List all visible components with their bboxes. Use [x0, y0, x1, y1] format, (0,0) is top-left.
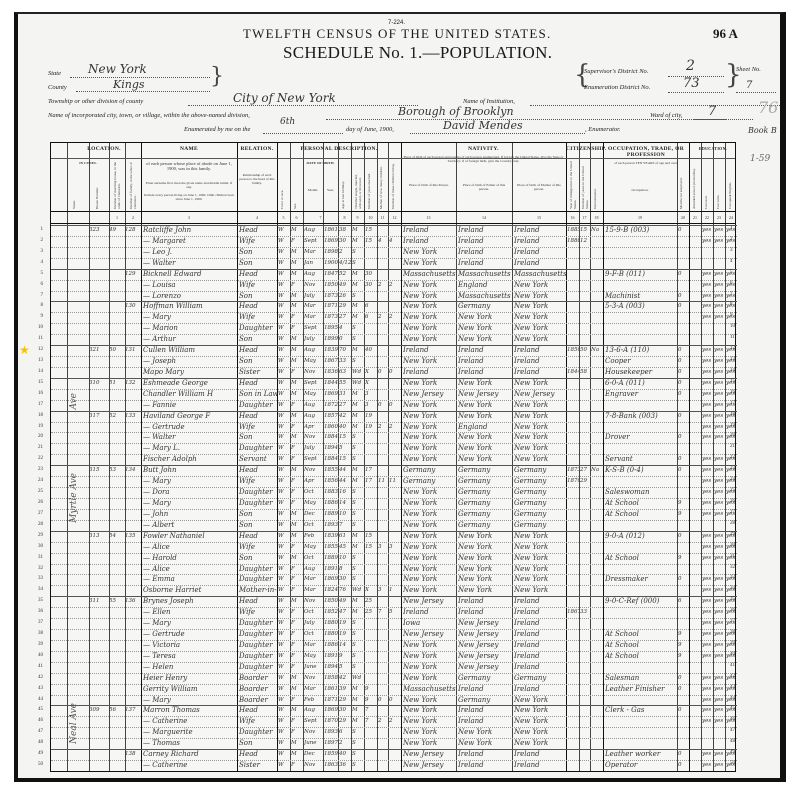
cell-dw: 49: [109, 225, 125, 236]
years-married-header: Number of years married.: [367, 161, 371, 209]
cell-color: W: [278, 629, 290, 640]
cell-bm: Ireland: [514, 345, 566, 356]
cell-month: Aug: [304, 564, 323, 575]
cell-name: Brynes Joseph: [143, 596, 237, 607]
cell-mar: M: [352, 531, 364, 542]
cell-age: 19: [339, 629, 351, 640]
cell-imm: [567, 323, 579, 334]
right-row-number: 41: [730, 663, 735, 668]
cell-read: [702, 727, 713, 738]
age-header: Age at last birthday.: [341, 161, 345, 209]
cell-imm: [567, 574, 579, 585]
cell-mc: [378, 684, 388, 695]
cell-write: yes: [714, 585, 725, 596]
cell-cl: 0: [389, 695, 401, 706]
cell-bm: New Jersey: [514, 389, 566, 400]
cell-cl: [389, 749, 401, 760]
cell-dw: [109, 585, 125, 596]
cell-name: — Victoria: [143, 640, 237, 651]
cell-mar: M: [352, 236, 364, 247]
cell-rel: Son in Law: [239, 389, 277, 400]
cell-cl: 2: [389, 312, 401, 323]
cell-rel: Son: [239, 291, 277, 302]
cell-mne: 0: [678, 269, 689, 280]
cell-yrs: [580, 749, 590, 760]
cell-mne: 9: [678, 629, 689, 640]
cell-month: Sept: [304, 716, 323, 727]
cell-yrs: [580, 531, 590, 542]
supervisor-label: Supervisor's District No.: [584, 68, 648, 75]
cell-house: [89, 334, 109, 345]
cell-nat: [591, 443, 603, 454]
table-row: 20— WalterSonWMNov188415SNew YorkNew Yor…: [51, 432, 737, 443]
cell-mar: S: [352, 291, 364, 302]
cell-year: 1856: [324, 476, 338, 487]
dwelling-header: Number of dwelling house, in the order o…: [113, 161, 121, 209]
schedule-title: SCHEDULE No. 1.—POPULATION.: [283, 43, 552, 63]
cell-sex: M: [291, 531, 303, 542]
cell-year: 1889: [324, 509, 338, 520]
cell-bf: Ireland: [458, 236, 512, 247]
cell-rel: Head: [239, 749, 277, 760]
cell-age: 38: [339, 225, 351, 236]
cell-occ: [605, 695, 677, 706]
cell-name: — Mary: [143, 695, 237, 706]
cell-year: 1891: [324, 564, 338, 575]
census-sheet: 7-224. TWELFTH CENSUS OF THE UNITED STAT…: [14, 12, 786, 782]
cell-bm: New York: [514, 738, 566, 749]
cell-year: 1836: [324, 367, 338, 378]
cell-color: W: [278, 651, 290, 662]
cell-cl: [389, 684, 401, 695]
cell-bf: New York: [458, 727, 512, 738]
cell-write: yes: [714, 487, 725, 498]
cell-read: yes: [702, 422, 713, 433]
cell-year: 1859: [324, 749, 338, 760]
cell-age: 29: [339, 695, 351, 706]
cell-bp: New Jersey: [403, 760, 456, 771]
cell-mc: 11: [378, 476, 388, 487]
cell-ym: [365, 574, 377, 585]
cell-bm: New York: [514, 378, 566, 389]
cell-nat: [591, 476, 603, 487]
cell-imm: [567, 280, 579, 291]
cell-bp: New York: [403, 280, 456, 291]
cell-mc: [378, 574, 388, 585]
table-row: 50— CatherineSisterWFNov186336SNew Jerse…: [51, 760, 737, 771]
cell-house: [89, 247, 109, 258]
cell-bm: Massachusetts: [514, 269, 566, 280]
cell-mc: [378, 443, 388, 454]
cell-house: [89, 400, 109, 411]
cell-yrs: [580, 334, 590, 345]
cell-bf: New York: [458, 564, 512, 575]
cell-mne: [678, 585, 689, 596]
cell-month: Oct: [304, 520, 323, 531]
cell-bm: New York: [514, 432, 566, 443]
margin-note-ave: Ave: [69, 393, 79, 410]
cell-age: 8: [339, 564, 351, 575]
cell-mar: S: [352, 760, 364, 771]
cell-write: [714, 258, 725, 269]
cell-mne: [678, 476, 689, 487]
cell-mne: [678, 542, 689, 553]
cell-yrs: [580, 662, 590, 673]
cell-nat: [591, 280, 603, 291]
table-row: 47— MargueriteDaughterWFNov18936SNew Yor…: [51, 727, 737, 738]
right-row-number: 36: [730, 608, 735, 613]
cell-read: [702, 334, 713, 345]
cell-house: [89, 585, 109, 596]
row-number: 35: [29, 598, 43, 603]
cell-imm: [567, 291, 579, 302]
cell-mc: [378, 509, 388, 520]
row-number: 6: [29, 282, 43, 287]
cell-bm: Germany: [514, 487, 566, 498]
cell-bp: New York: [403, 334, 456, 345]
table-row: 41— HelenDaughterWFJune18945SNew YorkNew…: [51, 662, 737, 673]
cell-cl: [389, 432, 401, 443]
cell-nat: [591, 400, 603, 411]
cell-write: yes: [714, 280, 725, 291]
cell-fam: 137: [125, 705, 141, 716]
cell-bf: New Jersey: [458, 629, 512, 640]
cell-color: W: [278, 760, 290, 771]
cell-write: yes: [714, 432, 725, 443]
cell-fam: [125, 738, 141, 749]
cell-ym: [365, 553, 377, 564]
cell-yrs: [580, 596, 590, 607]
table-row: 4530956137Marron ThomasHeadWMAug186930M7…: [51, 705, 737, 716]
cell-house: [89, 389, 109, 400]
table-row: 12★32150131Cullen WilliamHeadWMAug183970…: [51, 345, 737, 356]
cell-fam: 131: [125, 345, 141, 356]
cell-ym: [365, 662, 377, 673]
cell-bm: New York: [514, 553, 566, 564]
cell-fam: [125, 673, 141, 684]
cell-mne: [678, 727, 689, 738]
cell-bf: New York: [458, 454, 512, 465]
cell-imm: [567, 356, 579, 367]
cell-fam: [125, 454, 141, 465]
margin-stamp: 76: [758, 98, 778, 117]
cell-age: 26: [339, 291, 351, 302]
enumeration-line: [668, 92, 724, 93]
cell-year: 1857: [324, 411, 338, 422]
cell-imm: [567, 760, 579, 771]
row-number: 17: [29, 402, 43, 407]
cell-ym: [365, 760, 377, 771]
cell-house: [89, 727, 109, 738]
right-row-number: 48: [730, 739, 735, 744]
cell-occ: Housekeeper: [605, 367, 677, 378]
cell-age: 42: [339, 673, 351, 684]
cell-ym: [365, 640, 377, 651]
right-row-number: 9: [730, 313, 733, 318]
cell-yrs: [580, 705, 590, 716]
cell-sex: F: [291, 662, 303, 673]
cell-year: 1839: [324, 345, 338, 356]
cell-occ: [605, 323, 677, 334]
table-row: 42Heier HenryBoarderWMNov185842WdNew Yor…: [51, 673, 737, 684]
cell-color: W: [278, 400, 290, 411]
cell-rel: Sister: [239, 367, 277, 378]
cell-sex: F: [291, 629, 303, 640]
group-relation: RELATION.: [237, 146, 277, 152]
cell-age: 9: [339, 651, 351, 662]
cell-color: W: [278, 564, 290, 575]
cell-month: Sept: [304, 378, 323, 389]
cell-rel: Son: [239, 432, 277, 443]
cell-month: July: [304, 334, 323, 345]
cell-house: [89, 323, 109, 334]
cell-mc: 4: [378, 236, 388, 247]
cell-rel: Head: [239, 345, 277, 356]
cell-house: [89, 695, 109, 706]
group-location: LOCATION.: [67, 146, 141, 152]
cell-write: yes: [714, 269, 725, 280]
row-number: 18: [29, 413, 43, 418]
immigration-header: Year of immigration to the United States…: [569, 159, 577, 209]
cell-read: yes: [702, 749, 713, 760]
cell-rel: Son: [239, 356, 277, 367]
cell-house: [89, 443, 109, 454]
cell-sex: M: [291, 520, 303, 531]
table-row: 33— EmmaDaughterWFMar186930SNew YorkNew …: [51, 574, 737, 585]
cell-nat: Na: [591, 225, 603, 236]
cell-dw: [109, 236, 125, 247]
cell-mc: [378, 596, 388, 607]
cell-nat: [591, 269, 603, 280]
cell-month: Apr: [304, 422, 323, 433]
cell-occ: Engraver: [605, 389, 677, 400]
enumerated-suffix: day of June, 1900,: [346, 126, 394, 133]
cell-mar: S: [352, 356, 364, 367]
cell-dw: [109, 520, 125, 531]
cell-bf: Ireland: [458, 705, 512, 716]
cell-bf: Ireland: [458, 345, 512, 356]
cell-nat: [591, 520, 603, 531]
cell-bp: Ireland: [403, 607, 456, 618]
cell-bf: New Jersey: [458, 651, 512, 662]
cell-bf: Massachusetts: [458, 291, 512, 302]
cell-mar: S: [352, 454, 364, 465]
cell-house: [89, 356, 109, 367]
cell-bf: New York: [458, 443, 512, 454]
cell-imm: [567, 531, 579, 542]
cell-dw: [109, 564, 125, 575]
cell-yrs: [580, 356, 590, 367]
right-row-number: 45: [730, 706, 735, 711]
township-line: [188, 105, 418, 106]
table-row: 13— JosephSonWMMay186733SNew YorkIreland…: [51, 356, 737, 367]
table-row: 48— ThomasSonWMJune18972SNew YorkNew Yor…: [51, 738, 737, 749]
cell-ym: [365, 487, 377, 498]
cell-occ: 15-9-B (003): [605, 225, 677, 236]
cell-yrs: 29: [580, 476, 590, 487]
cell-read: yes: [702, 640, 713, 651]
cell-bp: New York: [403, 487, 456, 498]
cell-age: 2: [339, 738, 351, 749]
cell-ym: [365, 673, 377, 684]
cell-name: — Mary: [143, 618, 237, 629]
cell-sex: F: [291, 498, 303, 509]
cell-year: 1897: [324, 738, 338, 749]
right-row-number: 35: [730, 597, 735, 602]
cell-color: W: [278, 389, 290, 400]
county-label: County: [48, 84, 67, 91]
cell-mc: [378, 389, 388, 400]
right-row-number: 12: [730, 346, 735, 351]
cell-imm: [567, 400, 579, 411]
group-citizenship: CITIZENSHIP.: [566, 146, 603, 152]
cell-house: [89, 662, 109, 673]
cell-mc: [378, 705, 388, 716]
cell-sex: F: [291, 422, 303, 433]
cell-nat: [591, 596, 603, 607]
right-row-number: 27: [730, 510, 735, 515]
cell-nat: [591, 291, 603, 302]
table-row: 30— AliceWifeWFMay185545M1533New YorkNew…: [51, 542, 737, 553]
cell-occ: Servant: [605, 454, 677, 465]
cell-yrs: [580, 673, 590, 684]
cell-cl: [389, 301, 401, 312]
cell-name: — Margaret: [143, 236, 237, 247]
table-row: 26— MaryDaughterWFMay188614SNew YorkGerm…: [51, 498, 737, 509]
cell-dw: [109, 487, 125, 498]
cell-bm: New York: [514, 400, 566, 411]
cell-mc: [378, 749, 388, 760]
cell-ym: 25: [365, 596, 377, 607]
cell-rel: Daughter: [239, 400, 277, 411]
cell-house: [89, 291, 109, 302]
cell-house: [89, 422, 109, 433]
cell-bp: New Jersey: [403, 596, 456, 607]
cell-color: W: [278, 716, 290, 727]
cell-dw: [109, 629, 125, 640]
cell-sex: F: [291, 542, 303, 553]
cell-dw: [109, 247, 125, 258]
cell-name: — Marguerite: [143, 727, 237, 738]
cell-color: W: [278, 236, 290, 247]
cell-nat: [591, 454, 603, 465]
cell-ym: 9: [365, 684, 377, 695]
cell-sex: M: [291, 411, 303, 422]
cell-dw: [109, 280, 125, 291]
cell-mc: [378, 738, 388, 749]
cell-mne: 0: [678, 760, 689, 771]
cell-write: yes: [714, 301, 725, 312]
cell-write: [714, 323, 725, 334]
cell-bf: New York: [458, 542, 512, 553]
cell-year: 1861: [324, 225, 338, 236]
cell-house: [89, 738, 109, 749]
cell-bm: Ireland: [514, 356, 566, 367]
cell-fam: [125, 695, 141, 706]
cell-nat: [591, 695, 603, 706]
cell-nat: [591, 367, 603, 378]
cell-bm: Ireland: [514, 236, 566, 247]
cell-bf: Germany: [458, 465, 512, 476]
cell-ym: 17: [365, 476, 377, 487]
row-number: 8: [29, 303, 43, 308]
cell-dw: [109, 727, 125, 738]
table-row: 46— CatherineWifeWFSept187029M722New Yor…: [51, 716, 737, 727]
cell-age: 70: [339, 345, 351, 356]
cell-mar: S: [352, 618, 364, 629]
cell-fam: [125, 585, 141, 596]
cell-bp: New York: [403, 695, 456, 706]
cell-ym: [365, 356, 377, 367]
table-row: 3— Leo J.SonWMMar18982SNew YorkIrelandIr…: [51, 247, 737, 258]
relation-desc: Relationship of each person to the head …: [239, 173, 275, 186]
cell-imm: [567, 651, 579, 662]
cell-year: 1872: [324, 400, 338, 411]
cell-year: 1855: [324, 465, 338, 476]
cell-ym: 3: [365, 400, 377, 411]
cell-occ: Drover: [605, 432, 677, 443]
birth-mother-header: Place of birth of Mother of this person.: [514, 183, 564, 191]
cell-occ: [605, 443, 677, 454]
cell-fam: [125, 356, 141, 367]
cell-year: 1867: [324, 356, 338, 367]
right-row-number: 16: [730, 390, 735, 395]
right-row-number: 19: [730, 423, 735, 428]
cell-month: Mar: [304, 247, 323, 258]
cell-bp: New York: [403, 727, 456, 738]
row-number: 29: [29, 533, 43, 538]
cell-bm: New York: [514, 705, 566, 716]
cell-occ: [605, 662, 677, 673]
cell-month: Oct: [304, 629, 323, 640]
enumerated-prefix: Enumerated by me on the: [184, 126, 250, 133]
cell-house: [89, 301, 109, 312]
right-row-number: 37: [730, 619, 735, 624]
cell-sex: F: [291, 312, 303, 323]
cell-nat: [591, 247, 603, 258]
cell-rel: Daughter: [239, 574, 277, 585]
attended-school-header: Attended school (in months).: [692, 159, 696, 209]
date-of-birth: DATE OF BIRTH.: [303, 161, 338, 165]
cell-occ: [605, 618, 677, 629]
cell-bm: Ireland: [514, 225, 566, 236]
cell-write: [714, 662, 725, 673]
cell-sex: M: [291, 269, 303, 280]
cell-fam: 133: [125, 411, 141, 422]
cell-read: yes: [702, 574, 713, 585]
cell-bm: Ireland: [514, 247, 566, 258]
cell-rel: Son: [239, 520, 277, 531]
cell-house: [89, 574, 109, 585]
cell-imm: [567, 520, 579, 531]
cell-dw: [109, 312, 125, 323]
cell-fam: 130: [125, 301, 141, 312]
table-row: 34Osborne HarrietMother-in-lawWFMar18247…: [51, 585, 737, 596]
cell-year: 1869: [324, 236, 338, 247]
cell-bf: Ireland: [458, 258, 512, 269]
row-number: 10: [29, 325, 43, 330]
cell-mne: [678, 334, 689, 345]
cell-ym: 9: [365, 695, 377, 706]
cell-dw: [109, 574, 125, 585]
right-row-number: 33: [730, 575, 735, 580]
cell-yrs: 58: [580, 367, 590, 378]
cell-year: 1869: [324, 705, 338, 716]
cell-bp: New York: [403, 422, 456, 433]
cell-mc: 2: [378, 422, 388, 433]
row-number: 39: [29, 642, 43, 647]
cell-mne: 9: [678, 553, 689, 564]
